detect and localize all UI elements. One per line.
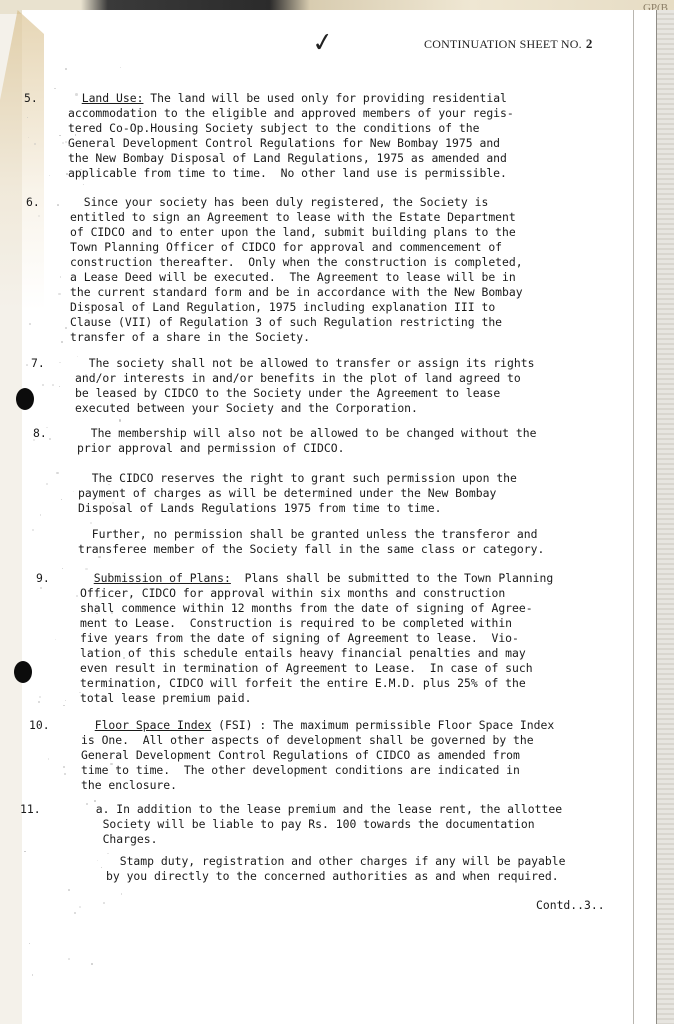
clause-number: 6. <box>26 195 40 210</box>
photocopy-speck <box>63 705 64 706</box>
punch-hole <box>16 388 34 410</box>
clause-11: 11.a. In addition to the lease premium a… <box>82 787 562 847</box>
photocopy-speck <box>49 438 51 440</box>
photocopy-speck <box>76 595 77 596</box>
photocopy-speck <box>120 67 121 68</box>
clause-number: 5. <box>24 91 38 106</box>
photocopy-speck <box>54 88 55 89</box>
photocopy-speck <box>90 522 92 524</box>
photocopy-speck <box>111 612 113 614</box>
photocopy-speck <box>55 639 56 640</box>
clause-number: 8. <box>33 426 47 441</box>
photocopy-speck <box>123 479 124 480</box>
photocopy-speck <box>96 613 97 614</box>
photocopy-speck <box>34 143 36 145</box>
punch-hole <box>14 661 32 683</box>
stamp-duty-paragraph: Stamp duty, registration and other charg… <box>106 839 565 884</box>
photocopy-speck <box>38 215 40 217</box>
photocopy-speck <box>49 175 50 176</box>
photocopy-speck <box>61 499 62 500</box>
photocopy-speck <box>119 419 121 421</box>
clause-number: 9. <box>36 571 50 586</box>
photocopy-speck <box>66 173 68 175</box>
photocopy-speck <box>48 758 49 759</box>
photocopy-speck <box>85 568 87 570</box>
further-paragraph: Further, no permission shall be granted … <box>78 512 544 557</box>
photocopy-speck <box>98 378 100 380</box>
photocopy-speck <box>91 963 93 965</box>
photocopy-speck <box>79 692 81 694</box>
photocopy-speck <box>52 384 54 386</box>
clause-heading: Submission of Plans: <box>94 571 231 585</box>
photocopy-speck <box>79 906 81 908</box>
photocopy-speck <box>123 657 125 659</box>
photocopy-speck <box>116 769 118 771</box>
photocopy-speck <box>94 800 96 802</box>
clause-10: 10.Floor Space Index (FSI) : The maximum… <box>81 703 554 793</box>
paper-stain <box>0 10 44 310</box>
photocopy-speck <box>46 483 47 484</box>
photocopy-speck <box>98 556 100 558</box>
photocopy-speck <box>63 766 65 768</box>
clause-8: 8.The membership will also not be allowe… <box>77 411 536 456</box>
handwritten-check-mark: ✓ <box>310 27 336 60</box>
permission-paragraph: The CIDCO reserves the right to grant su… <box>78 456 517 516</box>
page-edge <box>656 10 674 1024</box>
photocopy-speck <box>112 502 113 503</box>
photocopy-speck <box>103 902 104 903</box>
clause-5: 5.Land Use: The land will be used only f… <box>68 76 514 181</box>
sheet-number: 2 <box>586 36 593 51</box>
continued-note: Contd..3.. <box>536 898 605 912</box>
photocopy-speck <box>40 587 42 589</box>
clause-number: 7. <box>31 356 45 371</box>
photocopy-speck <box>42 384 44 386</box>
photocopy-speck <box>59 362 60 363</box>
photocopy-speck <box>32 529 34 531</box>
photocopy-speck <box>65 68 67 70</box>
photocopy-speck <box>73 491 74 492</box>
sheet-label: CONTINUATION SHEET NO. <box>424 37 582 51</box>
clause-7: 7.The society shall not be allowed to tr… <box>75 341 534 416</box>
clause-9: 9.Submission of Plans: Plans shall be su… <box>80 556 553 706</box>
photocopy-speck <box>33 439 35 441</box>
photocopy-speck <box>74 912 76 914</box>
clause-heading: Floor Space Index <box>95 718 212 732</box>
clause-heading: Land Use: <box>82 91 144 105</box>
photocopy-speck <box>61 341 63 343</box>
photocopy-speck <box>68 144 70 146</box>
photocopy-speck <box>110 763 112 765</box>
photocopy-speck <box>68 958 69 959</box>
continuation-sheet-header: CONTINUATION SHEET NO.2 <box>424 36 593 52</box>
photocopy-speck <box>88 312 90 314</box>
clause-6: 6.Since your society has been duly regis… <box>70 180 523 345</box>
photocopy-speck <box>29 323 31 325</box>
clause-number: 11. <box>20 802 41 817</box>
photocopy-speck <box>75 93 78 96</box>
photocopy-speck <box>60 276 61 277</box>
